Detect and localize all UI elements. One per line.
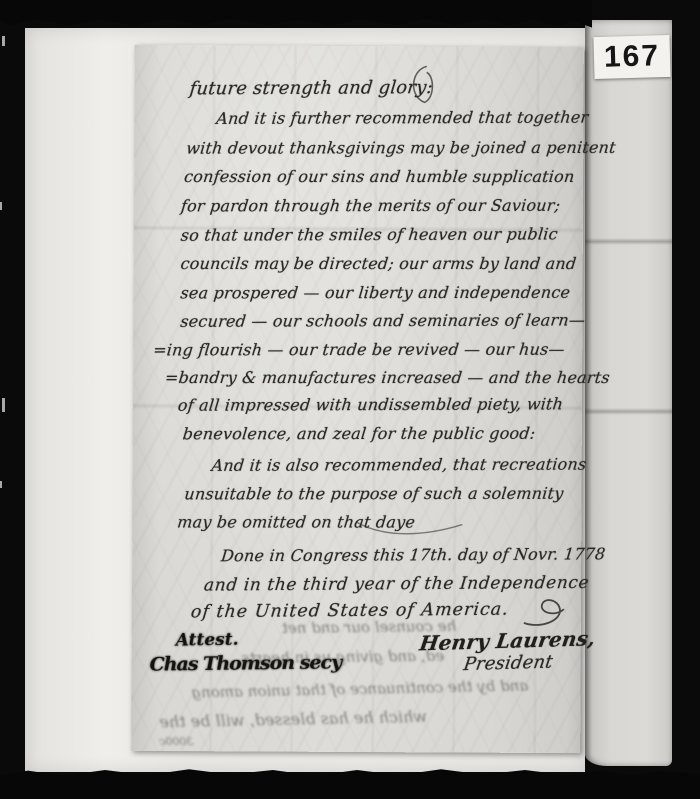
bleed-through-line: ed, and giving us in hearts — [242, 647, 445, 667]
manuscript-line: =ing flourish — our trade be revived — o… — [152, 340, 566, 360]
bleed-through-line: which he has blessed, will be the — [159, 707, 427, 732]
signature-title: President — [462, 651, 554, 675]
next-page-edge — [585, 20, 672, 766]
manuscript-line: may be omitted on that daye — [176, 513, 416, 532]
manuscript-line: And it is further recommended that toget… — [216, 108, 590, 128]
manuscript-line: unsuitable to the purpose of such a sole… — [184, 484, 565, 504]
film-speck — [2, 36, 5, 46]
manuscript-line: Done in Congress this 17th. day of Novr.… — [220, 544, 606, 565]
film-speck — [0, 481, 2, 488]
manuscript-line: secured — our schools and seminaries of … — [179, 310, 586, 330]
crease-line — [585, 238, 672, 245]
crease-line — [585, 408, 672, 415]
film-speck — [2, 398, 5, 412]
manuscript-line: so that under the smiles of heaven our p… — [180, 224, 559, 244]
manuscript-line: for pardon through the merits of our Sav… — [180, 196, 561, 216]
manuscript-line: confession of our sins and humble suppli… — [183, 167, 575, 186]
scanned-manuscript-view: future strength and glory: And it is fur… — [0, 0, 700, 799]
ink-flourish — [522, 595, 568, 631]
manuscript-line: and in the third year of the Independenc… — [203, 573, 590, 596]
manuscript-line: councils may be directed; our arms by la… — [180, 254, 578, 273]
film-edge-top — [0, 0, 592, 30]
manuscript-line: of all impressed with undissembled piety… — [177, 394, 564, 414]
manuscript-page: future strength and glory: And it is fur… — [131, 45, 584, 753]
page-number-label: 167 — [593, 35, 670, 79]
film-edge-bottom — [0, 766, 700, 799]
manuscript-line: =bandry & manufactures increased — and t… — [164, 368, 611, 387]
attest-label: Attest. — [176, 630, 239, 651]
manuscript-line: with devout thanksgivings may be joined … — [185, 138, 616, 158]
bleed-through-line: and by the continuance of that union amo… — [191, 676, 528, 701]
manuscript-line: future strength and glory: — [189, 77, 434, 99]
page-number: 167 — [604, 39, 661, 75]
manuscript-line: sea prospered — our liberty and independ… — [180, 283, 572, 303]
bleed-through-line: 3000c — [159, 735, 193, 748]
manuscript-line: benevolence, and zeal for the public goo… — [182, 424, 537, 444]
manuscript-line: And it is also recommended, that recreat… — [211, 455, 588, 475]
bleed-through-line: he counsel our and net — [282, 617, 457, 637]
film-speck — [0, 202, 2, 210]
